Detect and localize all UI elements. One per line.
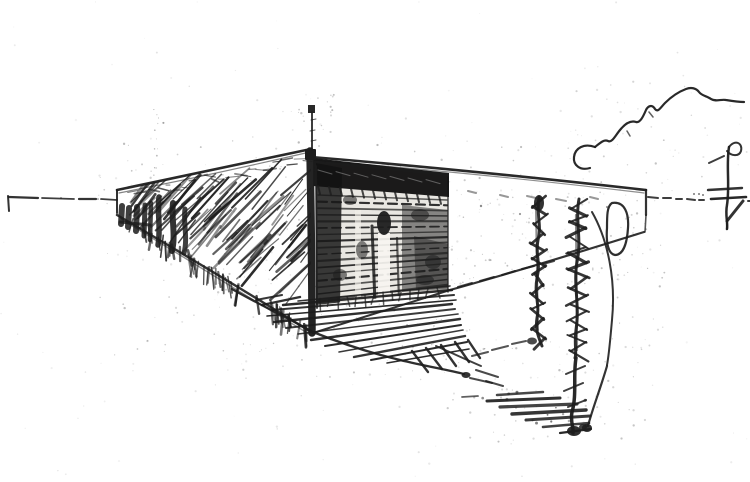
sketch-page	[0, 0, 750, 482]
antenna-pole	[308, 105, 316, 150]
left-wall	[117, 149, 332, 347]
sketch-canvas	[0, 0, 750, 482]
sapling	[693, 143, 746, 229]
treeline-contour	[574, 88, 744, 169]
horizon-line-left	[8, 196, 117, 211]
